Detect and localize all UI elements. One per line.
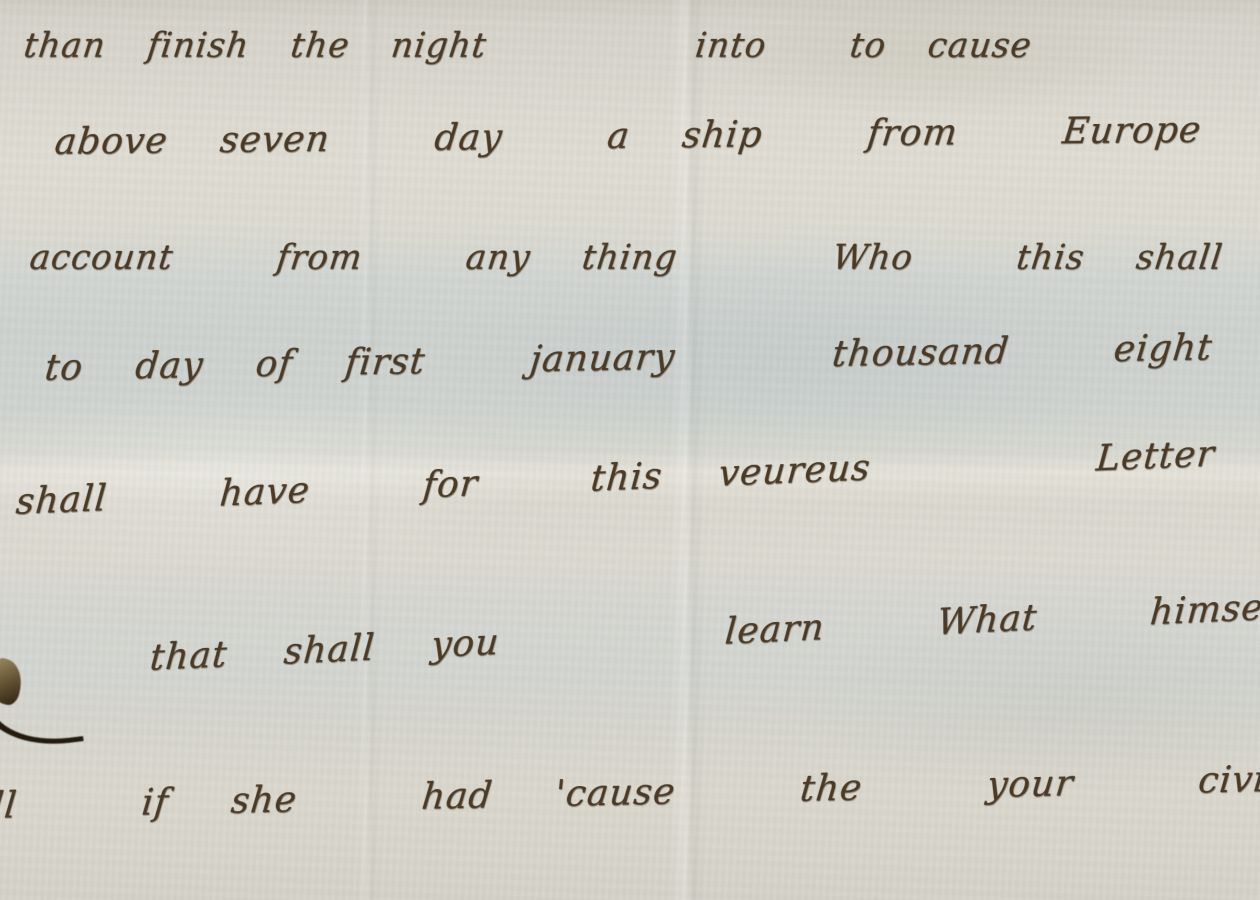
handwriting-line: account from any thing Who this shall (28, 238, 1226, 278)
handwriting-line: shall have for this veureus Letter (14, 434, 1216, 523)
handwriting-line: to day of first january thousand eight h (43, 325, 1260, 389)
handwriting-line: ll if she had 'cause the your civila (0, 759, 1260, 828)
letter-page: than finish the night into to cause with… (0, 0, 1260, 900)
handwriting-line: that shall you learn What himself (148, 586, 1260, 679)
handwriting-line: above seven day a ship from Europe T (53, 108, 1260, 164)
handwriting-line: than finish the night into to cause with (22, 26, 1260, 66)
ink-stroke-tail (0, 692, 84, 752)
